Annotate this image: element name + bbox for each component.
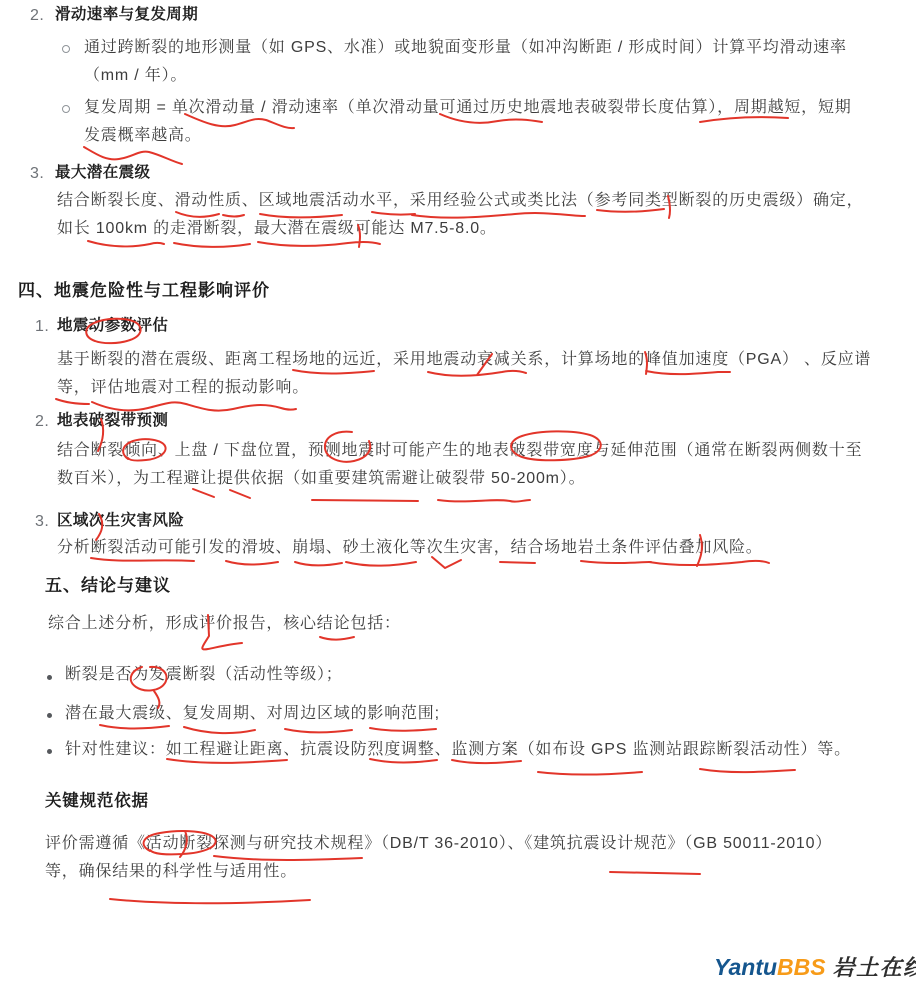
text-line: 通过跨断裂的地形测量（如 GPS、水准）或地貌面变形量（如冲沟断距 / 形成时间… bbox=[84, 34, 847, 62]
paragraph-max-magnitude: 结合断裂长度、滑动性质、区域地震活动水平，采用经验公式或类比法（参考同类型断裂的… bbox=[57, 187, 863, 243]
list-item-title-ground-motion: 地震动参数评估 bbox=[57, 315, 168, 337]
text-line: 针对性建议：如工程避让距离、抗震设防烈度调整、监测方案（如布设 GPS 监测站跟… bbox=[65, 736, 851, 764]
dot-bullet-icon bbox=[47, 675, 52, 680]
logo-text-yantu: Yantu bbox=[714, 954, 777, 981]
text-line: 基于断裂的潜在震级、距离工程场地的远近，采用地震动衰减关系，计算场地的峰值加速度… bbox=[57, 346, 871, 374]
text-line: 分析断裂活动可能引发的滑坡、崩塌、砂土液化等次生灾害，结合场地岩土条件评估叠加风… bbox=[57, 534, 763, 562]
paragraph-specs: 评价需遵循《活动断裂探测与研究技术规程》（DB/T 36-2010）、《建筑抗震… bbox=[45, 830, 832, 886]
redline-stroke bbox=[538, 772, 642, 775]
dot-bullet-icon bbox=[47, 713, 52, 718]
paragraph-ground-motion: 基于断裂的潜在震级、距离工程场地的远近，采用地震动衰减关系，计算场地的峰值加速度… bbox=[57, 346, 871, 402]
paragraph-recurrence-period: 复发周期 = 单次滑动量 / 滑动速率（单次滑动量可通过历史地震地表破裂带长度估… bbox=[84, 94, 852, 150]
list-item-title-surface-rupture: 地表破裂带预测 bbox=[57, 410, 168, 432]
paragraph-slip-rate-measure: 通过跨断裂的地形测量（如 GPS、水准）或地貌面变形量（如冲沟断距 / 形成时间… bbox=[84, 34, 847, 90]
text-line: 等，评估地震对工程的振动影响。 bbox=[57, 374, 871, 402]
text-line: 等，确保结果的科学性与适用性。 bbox=[45, 858, 832, 886]
logo-text-yantu-online: 岩土在线 bbox=[833, 951, 916, 982]
section-heading-specs: 关键规范依据 bbox=[45, 789, 149, 813]
redline-stroke bbox=[110, 899, 310, 903]
list-number: 3. bbox=[35, 511, 49, 533]
text-line: 数百米），为工程避让提供依据（如重要建筑需避让破裂带 50-200m）。 bbox=[57, 465, 862, 493]
list-number: 2. bbox=[30, 5, 44, 27]
section-heading-5: 五、结论与建议 bbox=[45, 574, 171, 598]
redline-stroke bbox=[346, 562, 416, 566]
list-item-title-max-magnitude: 最大潜在震级 bbox=[55, 162, 150, 184]
redline-stroke bbox=[500, 562, 535, 563]
paragraph-surface-rupture: 结合断裂倾向、上盘 / 下盘位置，预测地震时可能产生的地表破裂带宽度与延伸范围（… bbox=[57, 437, 862, 493]
text-line: （mm / 年）。 bbox=[84, 62, 847, 90]
paragraph-conclusion-intro: 综合上述分析，形成评价报告，核心结论包括： bbox=[48, 610, 401, 638]
text-line: 综合上述分析，形成评价报告，核心结论包括： bbox=[48, 610, 401, 638]
redline-stroke bbox=[312, 500, 530, 502]
conclusion-item-3: 针对性建议：如工程避让距离、抗震设防烈度调整、监测方案（如布设 GPS 监测站跟… bbox=[65, 736, 851, 764]
redline-stroke bbox=[700, 769, 795, 772]
list-number: 3. bbox=[30, 163, 44, 185]
text-line: 如长 100km 的走滑断裂，最大潜在震级可能达 M7.5-8.0。 bbox=[57, 215, 863, 243]
section-heading-4: 四、地震危险性与工程影响评价 bbox=[18, 279, 270, 303]
circle-bullet-icon bbox=[62, 105, 70, 113]
conclusion-item-2: 潜在最大震级、复发周期、对周边区域的影响范围; bbox=[65, 700, 440, 728]
text-line: 断裂是否为发震断裂（活动性等级）； bbox=[65, 661, 343, 689]
text-line: 发震概率越高。 bbox=[84, 122, 852, 150]
circle-bullet-icon bbox=[62, 45, 70, 53]
logo-text-bbs: BBS bbox=[777, 954, 826, 981]
document-page: 2. 滑动速率与复发周期 通过跨断裂的地形测量（如 GPS、水准）或地貌面变形量… bbox=[0, 0, 916, 1000]
conclusion-item-1: 断裂是否为发震断裂（活动性等级）； bbox=[65, 661, 343, 689]
list-item-title-slip-rate: 滑动速率与复发周期 bbox=[55, 4, 198, 26]
dot-bullet-icon bbox=[47, 749, 52, 754]
yantubbs-logo: YantuBBS 岩土在线 bbox=[714, 951, 916, 982]
text-line: 评价需遵循《活动断裂探测与研究技术规程》（DB/T 36-2010）、《建筑抗震… bbox=[45, 830, 832, 858]
redline-stroke bbox=[174, 243, 250, 247]
redline-stroke bbox=[285, 729, 352, 733]
text-line: 复发周期 = 单次滑动量 / 滑动速率（单次滑动量可通过历史地震地表破裂带长度估… bbox=[84, 94, 852, 122]
list-number: 1. bbox=[35, 316, 49, 338]
text-line: 结合断裂倾向、上盘 / 下盘位置，预测地震时可能产生的地表破裂带宽度与延伸范围（… bbox=[57, 437, 862, 465]
text-line: 结合断裂长度、滑动性质、区域地震活动水平，采用经验公式或类比法（参考同类型断裂的… bbox=[57, 187, 863, 215]
list-number: 2. bbox=[35, 411, 49, 433]
redline-stroke bbox=[295, 562, 342, 566]
list-item-title-secondary-hazard: 区域次生灾害风险 bbox=[57, 510, 184, 532]
redline-stroke bbox=[370, 728, 436, 731]
text-line: 潜在最大震级、复发周期、对周边区域的影响范围; bbox=[65, 700, 440, 728]
paragraph-secondary-hazard: 分析断裂活动可能引发的滑坡、崩塌、砂土液化等次生灾害，结合场地岩土条件评估叠加风… bbox=[57, 534, 763, 562]
